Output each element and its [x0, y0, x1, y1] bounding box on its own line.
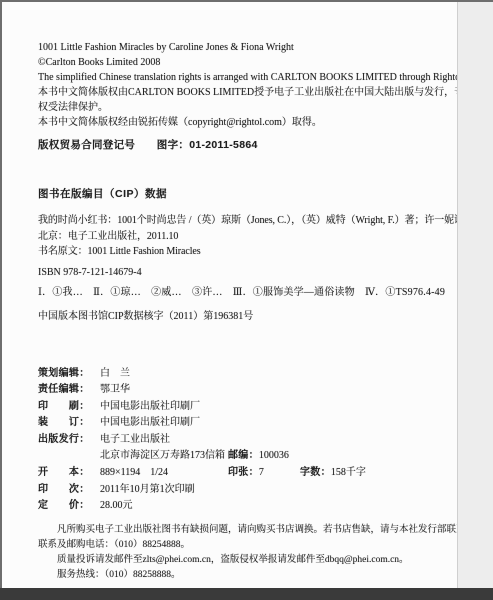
colophon-row: 印 刷：中国电影出版社印刷厂 — [38, 399, 454, 416]
wordcount-group: 字数：158千字 — [300, 465, 366, 482]
copyright-line: 本书中文简体版权经由锐拓传媒（copyright@rightol.com）取得。 — [38, 115, 454, 130]
copyright-line: 权受法律保护。 — [38, 100, 454, 115]
cip-record-number-line: 中国版本图书馆CIP数据核字（2011）第196381号 — [38, 309, 454, 324]
sheets-group: 印张：7 — [228, 465, 264, 482]
colophon-row: 责任编辑：鄂卫华 — [38, 382, 454, 399]
cip-line: 书名原文：1001 Little Fashion Miracles — [38, 244, 454, 260]
colophon-label: 印 刷： — [38, 399, 100, 416]
scan-edge-bottom — [0, 588, 493, 600]
registration-number-line: 版权贸易合同登记号 图字：01-2011-5864 — [38, 138, 454, 153]
colophon-row-address: 北京市海淀区万寿路173信箱 邮编：100036 — [38, 448, 454, 465]
notice-line: 联系及邮购电话：（010）88254888。 — [38, 538, 454, 553]
colophon-label: 出版发行： — [38, 432, 100, 449]
isbn-line: ISBN 978-7-121-14679-4 — [38, 265, 454, 280]
colophon-label: 责任编辑： — [38, 382, 100, 399]
cip-description-block: 我的时尚小红书：1001个时尚忠告 /（英）琼斯（Jones, C.），（英）威… — [38, 213, 454, 260]
cip-line: 我的时尚小红书：1001个时尚忠告 /（英）琼斯（Jones, C.），（英）威… — [38, 213, 454, 229]
colophon-value: 28.00元 — [100, 500, 133, 511]
cip-heading: 图书在版编目（CIP）数据 — [38, 187, 454, 202]
copyright-line: The simplified Chinese translation right… — [38, 70, 454, 85]
colophon-row: 印 次：2011年10月第1次印刷 — [38, 482, 454, 499]
book-copyright-page: 1001 Little Fashion Miracles by Caroline… — [2, 2, 458, 588]
scan-edge-left — [0, 0, 2, 600]
postal-code-value: 100036 — [259, 450, 289, 461]
colophon-label: 策划编辑： — [38, 366, 100, 383]
notice-line: 凡所购买电子工业出版社图书有缺损问题，请向购买书店调换。若书店售缺，请与本社发行… — [38, 523, 454, 538]
colophon-label: 定 价： — [38, 498, 100, 515]
colophon-row: 装 订：中国电影出版社印刷厂 — [38, 415, 454, 432]
purchase-notice-block: 凡所购买电子工业出版社图书有缺损问题，请向购买书店调换。若书店售缺，请与本社发行… — [38, 523, 454, 583]
colophon-block: 策划编辑：白 兰 责任编辑：鄂卫华 印 刷：中国电影出版社印刷厂 装 订：中国电… — [38, 366, 454, 515]
cip-line: 北京：电子工业出版社，2011.10 — [38, 229, 454, 245]
publisher-address: 北京市海淀区万寿路173信箱 — [100, 450, 225, 461]
copyright-line: 本书中文简体版权由CARLTON BOOKS LIMITED授予电子工业出版社在… — [38, 85, 454, 100]
notice-line: 服务热线：（010）88258888。 — [38, 568, 454, 583]
colophon-value: 鄂卫华 — [100, 384, 130, 395]
screenshot-stage: 1001 Little Fashion Miracles by Caroline… — [0, 0, 493, 600]
colophon-value: 白 兰 — [100, 368, 130, 379]
colophon-label: 印 次： — [38, 482, 100, 499]
copyright-line: 1001 Little Fashion Miracles by Caroline… — [38, 40, 454, 55]
colophon-value: 中国电影出版社印刷厂 — [100, 401, 200, 412]
colophon-value: 电子工业出版社 — [100, 434, 170, 445]
scan-backdrop-strip — [457, 2, 493, 588]
postal-code-group: 邮编：100036 — [228, 448, 289, 465]
classification-line: Ⅰ．①我… Ⅱ．①琼… ②威… ③许… Ⅲ．①服饰美学—通俗读物 Ⅳ．①TS97… — [38, 285, 454, 300]
format-value: 889×1194 1/24 — [100, 467, 168, 478]
colophon-value: 2011年10月第1次印刷 — [100, 484, 195, 495]
sheets-value: 7 — [259, 467, 264, 478]
colophon-label: 装 订： — [38, 415, 100, 432]
wordcount-label: 字数： — [300, 467, 331, 478]
colophon-row: 定 价：28.00元 — [38, 498, 454, 515]
postal-code-label: 邮编： — [228, 450, 259, 461]
colophon-row: 策划编辑：白 兰 — [38, 366, 454, 383]
sheets-label: 印张： — [228, 467, 259, 478]
colophon-row: 出版发行：电子工业出版社 — [38, 432, 454, 449]
scan-edge-top — [0, 0, 493, 2]
colophon-label: 开 本： — [38, 465, 100, 482]
colophon-value: 中国电影出版社印刷厂 — [100, 417, 200, 428]
notice-line: 质量投诉请发邮件至zlts@phei.com.cn，盗版侵权举报请发邮件至dbq… — [38, 553, 454, 568]
copyright-block: 1001 Little Fashion Miracles by Caroline… — [38, 40, 454, 130]
colophon-row-format: 开 本：889×1194 1/24 印张：7 字数：158千字 — [38, 465, 454, 482]
wordcount-value: 158千字 — [331, 467, 366, 478]
copyright-line: ©Carlton Books Limited 2008 — [38, 55, 454, 70]
